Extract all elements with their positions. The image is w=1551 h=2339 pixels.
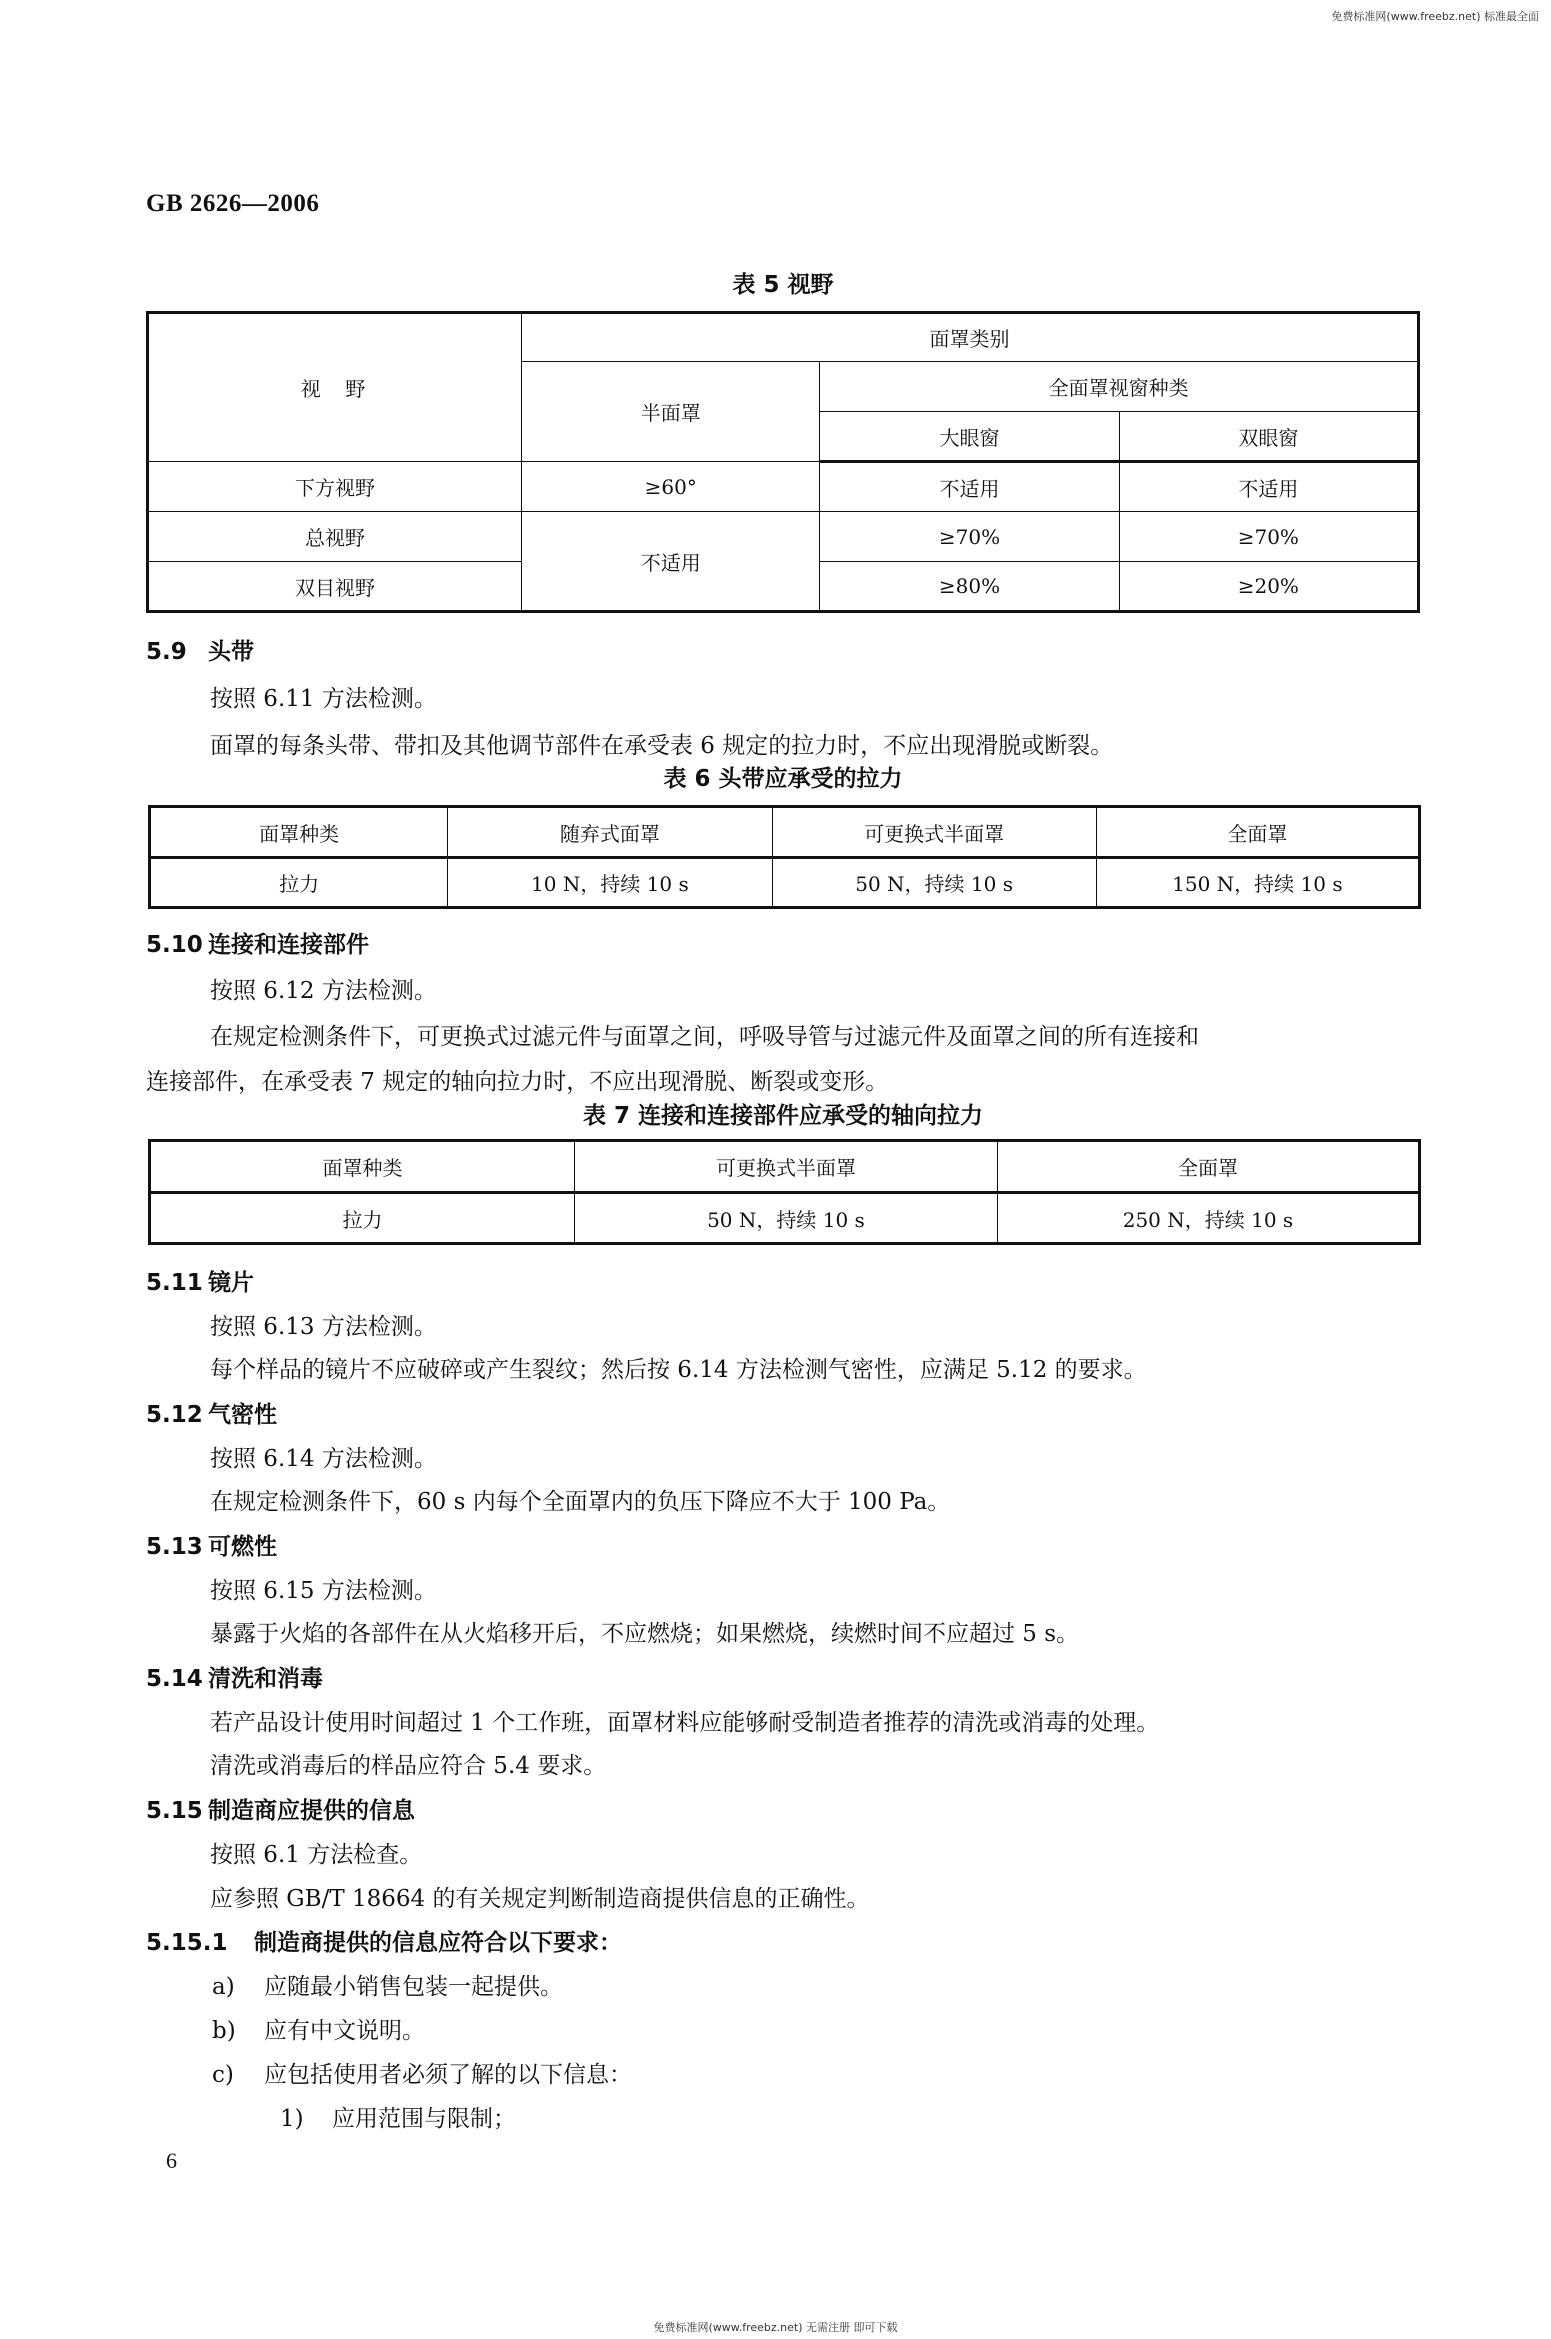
- table7-header-0: 面罩种类: [150, 1141, 575, 1193]
- row-label: 双目视野: [148, 562, 522, 612]
- section-title: 清洗和消毒: [208, 1666, 323, 1692]
- table-row: 下方视野 ≥60° 不适用 不适用: [148, 462, 1419, 512]
- table6-title: 表 6 头带应承受的拉力: [146, 760, 1420, 793]
- list-subitem-1: 1)应用范围与限制；: [280, 2100, 516, 2133]
- section-5-15-heading: 5.15制造商应提供的信息: [146, 1792, 415, 1825]
- section-5-15-p1: 按照 6.1 方法检查。: [210, 1836, 422, 1869]
- section-title: 连接和连接部件: [208, 932, 369, 958]
- table-row: 拉力 50 N，持续 10 s 250 N，持续 10 s: [150, 1193, 1420, 1244]
- list-item-b: b)应有中文说明。: [212, 2012, 425, 2045]
- section-5-15-1-heading: 5.15.1制造商提供的信息应符合以下要求：: [146, 1924, 622, 1957]
- table6-cell-0: 拉力: [150, 858, 448, 908]
- list-marker: 1): [280, 2106, 332, 2132]
- table6-header-3: 全面罩: [1096, 807, 1419, 858]
- table5-col-large-window: 大眼窗: [820, 412, 1119, 462]
- cell-half: ≥60°: [522, 462, 820, 512]
- section-5-10-heading: 5.10连接和连接部件: [146, 926, 369, 959]
- list-item-a: a)应随最小销售包装一起提供。: [212, 1968, 563, 2001]
- table6-header-1: 随弃式面罩: [448, 807, 772, 858]
- table7-cell-2: 250 N，持续 10 s: [997, 1193, 1419, 1244]
- table7-cell-0: 拉力: [150, 1193, 575, 1244]
- row-label: 总视野: [148, 512, 522, 562]
- table5-col-double-window: 双眼窗: [1119, 412, 1418, 462]
- table-row: 拉力 10 N，持续 10 s 50 N，持续 10 s 150 N，持续 10…: [150, 858, 1420, 908]
- section-5-15-p2: 应参照 GB/T 18664 的有关规定判断制造商提供信息的正确性。: [210, 1880, 869, 1913]
- section-title: 制造商应提供的信息: [208, 1798, 415, 1824]
- table6-cell-1: 10 N，持续 10 s: [448, 858, 772, 908]
- section-5-12-heading: 5.12气密性: [146, 1396, 277, 1429]
- list-text: 应包括使用者必须了解的以下信息：: [264, 2062, 632, 2088]
- section-5-12-p2: 在规定检测条件下，60 s 内每个全面罩内的负压下降应不大于 100 Pa。: [210, 1483, 950, 1516]
- section-5-12-p1: 按照 6.14 方法检测。: [210, 1440, 437, 1473]
- list-text: 应用范围与限制；: [332, 2106, 516, 2132]
- section-5-10-p2b: 连接部件，在承受表 7 规定的轴向拉力时，不应出现滑脱、断裂或变形。: [146, 1063, 888, 1096]
- document-code: GB 2626—2006: [146, 190, 319, 218]
- row-label: 下方视野: [148, 462, 522, 512]
- cell-large: ≥80%: [820, 562, 1119, 612]
- section-title: 镜片: [208, 1270, 254, 1296]
- section-title: 头带: [208, 639, 254, 665]
- cell-large: 不适用: [820, 462, 1119, 512]
- section-5-13-heading: 5.13可燃性: [146, 1528, 277, 1561]
- section-5-14-p1: 若产品设计使用时间超过 1 个工作班，面罩材料应能够耐受制造者推荐的清洗或消毒的…: [210, 1704, 1159, 1737]
- section-5-13-p1: 按照 6.15 方法检测。: [210, 1572, 437, 1605]
- section-5-11-heading: 5.11镜片: [146, 1264, 254, 1297]
- table5-row-header: 视 野: [148, 313, 522, 462]
- section-number: 5.9: [146, 639, 208, 665]
- section-5-14-heading: 5.14清洗和消毒: [146, 1660, 323, 1693]
- section-5-9-p1: 按照 6.11 方法检测。: [210, 680, 437, 713]
- list-marker: b): [212, 2018, 264, 2044]
- table6-headband-force: 面罩种类 随弃式面罩 可更换式半面罩 全面罩 拉力 10 N，持续 10 s 5…: [148, 805, 1421, 909]
- table7-header-2: 全面罩: [997, 1141, 1419, 1193]
- section-title: 可燃性: [208, 1534, 277, 1560]
- table6-cell-3: 150 N，持续 10 s: [1096, 858, 1419, 908]
- section-5-9-heading: 5.9头带: [146, 633, 254, 666]
- section-5-13-p2: 暴露于火焰的各部件在从火焰移开后，不应燃烧；如果燃烧，续燃时间不应超过 5 s。: [210, 1615, 1079, 1648]
- table5-group-header: 面罩类别: [522, 313, 1419, 362]
- table5-full-mask-group-header: 全面罩视窗种类: [820, 362, 1419, 412]
- watermark-top: 免费标准网(www.freebz.net) 标准最全面: [1331, 8, 1539, 24]
- table7-cell-1: 50 N，持续 10 s: [574, 1193, 997, 1244]
- section-5-9-p2: 面罩的每条头带、带扣及其他调节部件在承受表 6 规定的拉力时，不应出现滑脱或断裂…: [210, 727, 1113, 760]
- section-5-11-p1: 按照 6.13 方法检测。: [210, 1308, 437, 1341]
- table7-header-1: 可更换式半面罩: [574, 1141, 997, 1193]
- cell-double: ≥20%: [1119, 562, 1418, 612]
- section-title: 气密性: [208, 1402, 277, 1428]
- section-title: 制造商提供的信息应符合以下要求：: [254, 1930, 622, 1956]
- table5-title: 表 5 视野: [146, 266, 1420, 299]
- section-number: 5.15.1: [146, 1930, 254, 1956]
- table6-header-2: 可更换式半面罩: [772, 807, 1096, 858]
- table5-field-of-view: 视 野 面罩类别 半面罩 全面罩视窗种类 大眼窗 双眼窗 下方视野 ≥60° 不…: [146, 311, 1420, 613]
- cell-double: ≥70%: [1119, 512, 1418, 562]
- cell-double: 不适用: [1119, 462, 1418, 512]
- section-number: 5.11: [146, 1270, 208, 1296]
- table6-cell-2: 50 N，持续 10 s: [772, 858, 1096, 908]
- list-marker: a): [212, 1974, 264, 2000]
- section-5-14-p2: 清洗或消毒后的样品应符合 5.4 要求。: [210, 1747, 606, 1780]
- row-header-label: 视 野: [301, 377, 370, 401]
- section-number: 5.10: [146, 932, 208, 958]
- section-5-11-p2: 每个样品的镜片不应破碎或产生裂纹；然后按 6.14 方法检测气密性，应满足 5.…: [210, 1351, 1147, 1384]
- section-number: 5.15: [146, 1798, 208, 1824]
- page-number: 6: [166, 2148, 177, 2174]
- list-text: 应随最小销售包装一起提供。: [264, 1974, 563, 2000]
- section-number: 5.12: [146, 1402, 208, 1428]
- list-text: 应有中文说明。: [264, 2018, 425, 2044]
- section-number: 5.13: [146, 1534, 208, 1560]
- table-row: 总视野 不适用 ≥70% ≥70%: [148, 512, 1419, 562]
- list-marker: c): [212, 2062, 264, 2088]
- table7-title: 表 7 连接和连接部件应承受的轴向拉力: [146, 1097, 1420, 1130]
- section-number: 5.14: [146, 1666, 208, 1692]
- cell-half-merged: 不适用: [522, 512, 820, 612]
- cell-large: ≥70%: [820, 512, 1119, 562]
- watermark-bottom: 免费标准网(www.freebz.net) 无需注册 即可下载: [0, 2319, 1551, 2335]
- list-item-c: c)应包括使用者必须了解的以下信息：: [212, 2056, 632, 2089]
- section-5-10-p2a: 在规定检测条件下，可更换式过滤元件与面罩之间，呼吸导管与过滤元件及面罩之间的所有…: [210, 1018, 1199, 1051]
- section-5-10-p1: 按照 6.12 方法检测。: [210, 972, 437, 1005]
- table5-half-mask-header: 半面罩: [522, 362, 820, 462]
- table6-header-0: 面罩种类: [150, 807, 448, 858]
- table7-connection-force: 面罩种类 可更换式半面罩 全面罩 拉力 50 N，持续 10 s 250 N，持…: [148, 1139, 1421, 1245]
